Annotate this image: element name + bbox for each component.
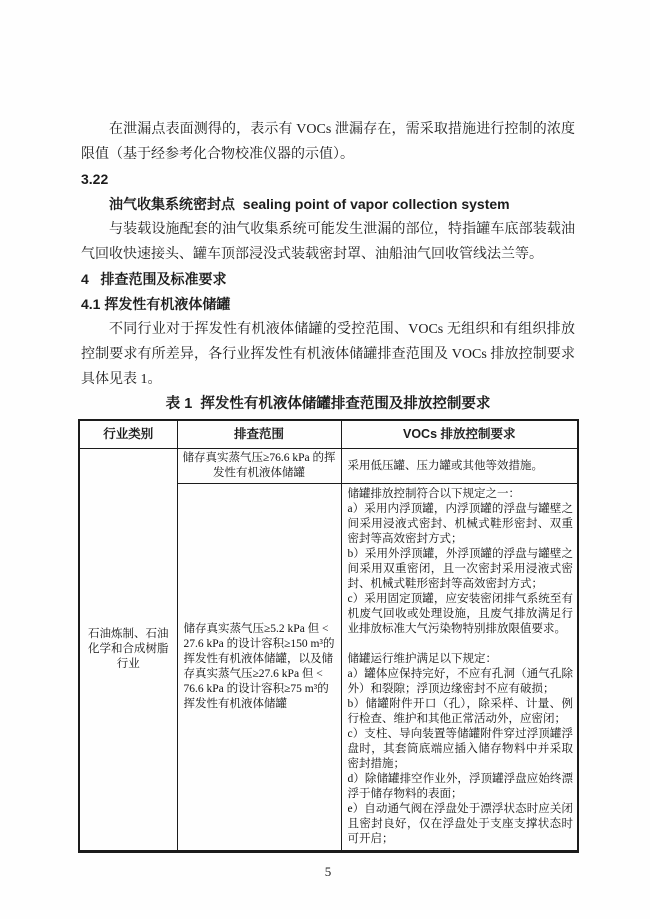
cell-industry-petroleum: 石油炼制、石油化学和合成树脂行业	[79, 449, 177, 852]
header-industry-category: 行业类别	[79, 420, 177, 449]
section-number-3-22: 3.22	[81, 167, 575, 192]
page-content: 在泄漏点表面测得的，表示有 VOCs 泄漏存在，需采取措施进行控制的浓度限值（基…	[81, 117, 575, 880]
table-1-title: 表 1 挥发性有机液体储罐排查范围及排放控制要求	[81, 392, 575, 417]
table-row: 石油炼制、石油化学和合成树脂行业 储存真实蒸气压≥76.6 kPa 的挥发性有机…	[79, 449, 578, 484]
cell-scope-medium-vapor-pressure: 储存真实蒸气压≥5.2 kPa 但 < 27.6 kPa 的设计容积≥150 m…	[177, 484, 341, 852]
term-heading-vapor-collection: 油气收集系统密封点 sealing point of vapor collect…	[81, 192, 575, 217]
paragraph-leak-limit: 在泄漏点表面测得的，表示有 VOCs 泄漏存在，需采取措施进行控制的浓度限值（基…	[81, 117, 575, 167]
cell-requirement-low-pressure-tank: 采用低压罐、压力罐或其他等效措施。	[341, 449, 578, 484]
section-heading-4: 4 排查范围及标准要求	[81, 267, 575, 292]
paragraph-table-intro: 不同行业对于挥发性有机液体储罐的受控范围、VOCs 无组织和有组织排放控制要求有…	[81, 317, 575, 392]
header-vocs-control-requirements: VOCs 排放控制要求	[341, 420, 578, 449]
cell-requirement-tank-control-maintenance: 储罐排放控制符合以下规定之一： a）采用内浮顶罐，内浮顶罐的浮盘与罐壁之间采用浸…	[341, 484, 578, 852]
header-inspection-scope: 排查范围	[177, 420, 341, 449]
cell-scope-high-vapor-pressure: 储存真实蒸气压≥76.6 kPa 的挥发性有机液体储罐	[177, 449, 341, 484]
table-header-row: 行业类别 排查范围 VOCs 排放控制要求	[79, 420, 578, 449]
document-page: 在泄漏点表面测得的，表示有 VOCs 泄漏存在，需采取措施进行控制的浓度限值（基…	[0, 0, 650, 919]
page-number: 5	[81, 864, 575, 880]
section-heading-4-1: 4.1 挥发性有机液体储罐	[81, 292, 575, 317]
table-1: 行业类别 排查范围 VOCs 排放控制要求 石油炼制、石油化学和合成树脂行业 储…	[78, 419, 579, 853]
paragraph-term-definition: 与装载设施配套的油气收集系统可能发生泄漏的部位，特指罐车底部装载油气回收快速接头…	[81, 217, 575, 267]
